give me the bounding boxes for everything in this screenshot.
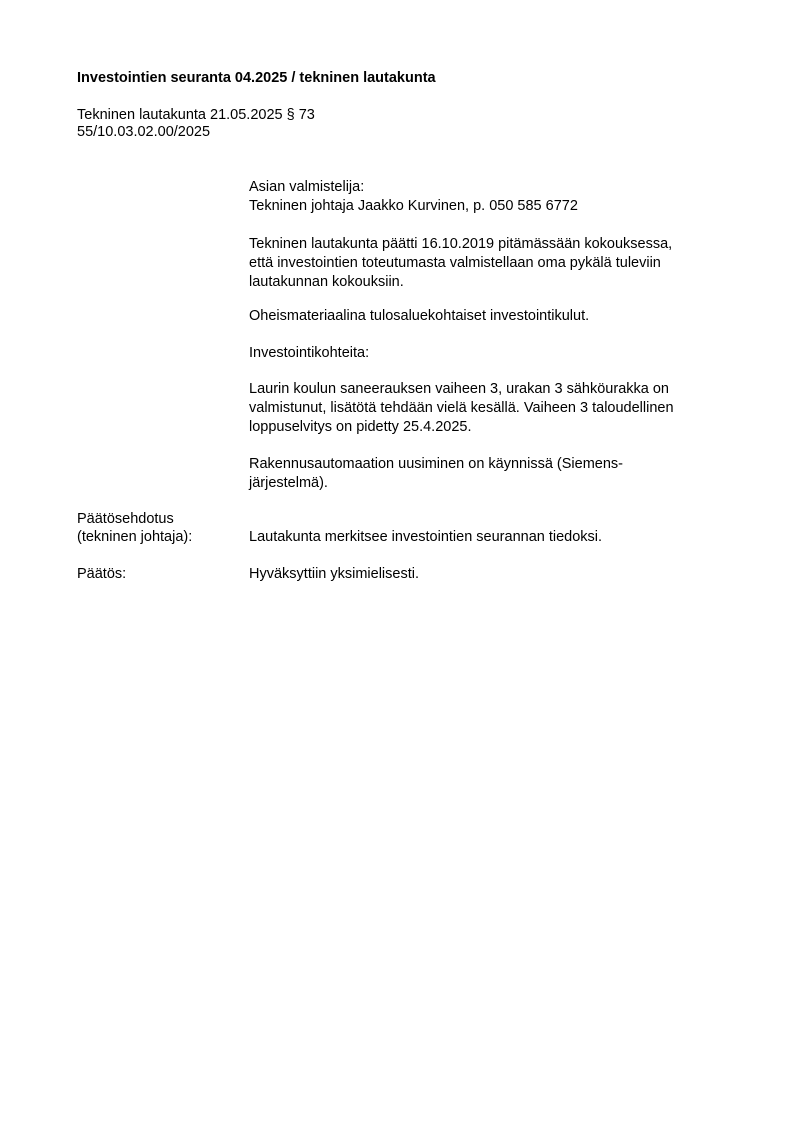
document-title: Investointien seuranta 04.2025 / teknine…: [77, 70, 436, 87]
target-line: valmistunut, lisätötä tehdään vielä kesä…: [249, 399, 749, 418]
target-school-renovation: Laurin koulun saneerauksen vaiheen 3, ur…: [249, 380, 749, 437]
preparer-label: Asian valmistelija:: [249, 178, 749, 197]
proposal-text: Lautakunta merkitsee investointien seura…: [249, 528, 749, 547]
meeting-reference: Tekninen lautakunta 21.05.2025 § 73: [77, 107, 315, 124]
target-line: Laurin koulun saneerauksen vaiheen 3, ur…: [249, 380, 749, 399]
intro-line: että investointien toteutumasta valmiste…: [249, 254, 749, 273]
decision-text: Hyväksyttiin yksimielisesti.: [249, 565, 749, 584]
target-line: loppuselvitys on pidetty 25.4.2025.: [249, 418, 749, 437]
target-line: järjestelmä).: [249, 474, 749, 493]
targets-heading-text: Investointikohteita:: [249, 344, 749, 363]
decision-text-block: Hyväksyttiin yksimielisesti.: [249, 565, 749, 584]
proposal-text-block: Lautakunta merkitsee investointien seura…: [249, 528, 749, 547]
attachment-note: Oheismateriaalina tulosaluekohtaiset inv…: [249, 307, 749, 326]
intro-paragraph: Tekninen lautakunta päätti 16.10.2019 pi…: [249, 235, 749, 292]
decision-label: Päätös:: [77, 565, 126, 584]
proposal-label-role: (tekninen johtaja):: [77, 528, 192, 547]
preparer-name: Tekninen johtaja Jaakko Kurvinen, p. 050…: [249, 197, 749, 216]
target-line: Rakennusautomaation uusiminen on käynnis…: [249, 455, 749, 474]
proposal-label: Päätösehdotus: [77, 510, 174, 529]
record-id: 55/10.03.02.00/2025: [77, 124, 210, 141]
targets-heading: Investointikohteita:: [249, 344, 749, 363]
target-building-automation: Rakennusautomaation uusiminen on käynnis…: [249, 455, 749, 493]
intro-line: lautakunnan kokouksiin.: [249, 273, 749, 292]
attachment-text: Oheismateriaalina tulosaluekohtaiset inv…: [249, 307, 749, 326]
preparer-block: Asian valmistelija: Tekninen johtaja Jaa…: [249, 178, 749, 216]
intro-line: Tekninen lautakunta päätti 16.10.2019 pi…: [249, 235, 749, 254]
